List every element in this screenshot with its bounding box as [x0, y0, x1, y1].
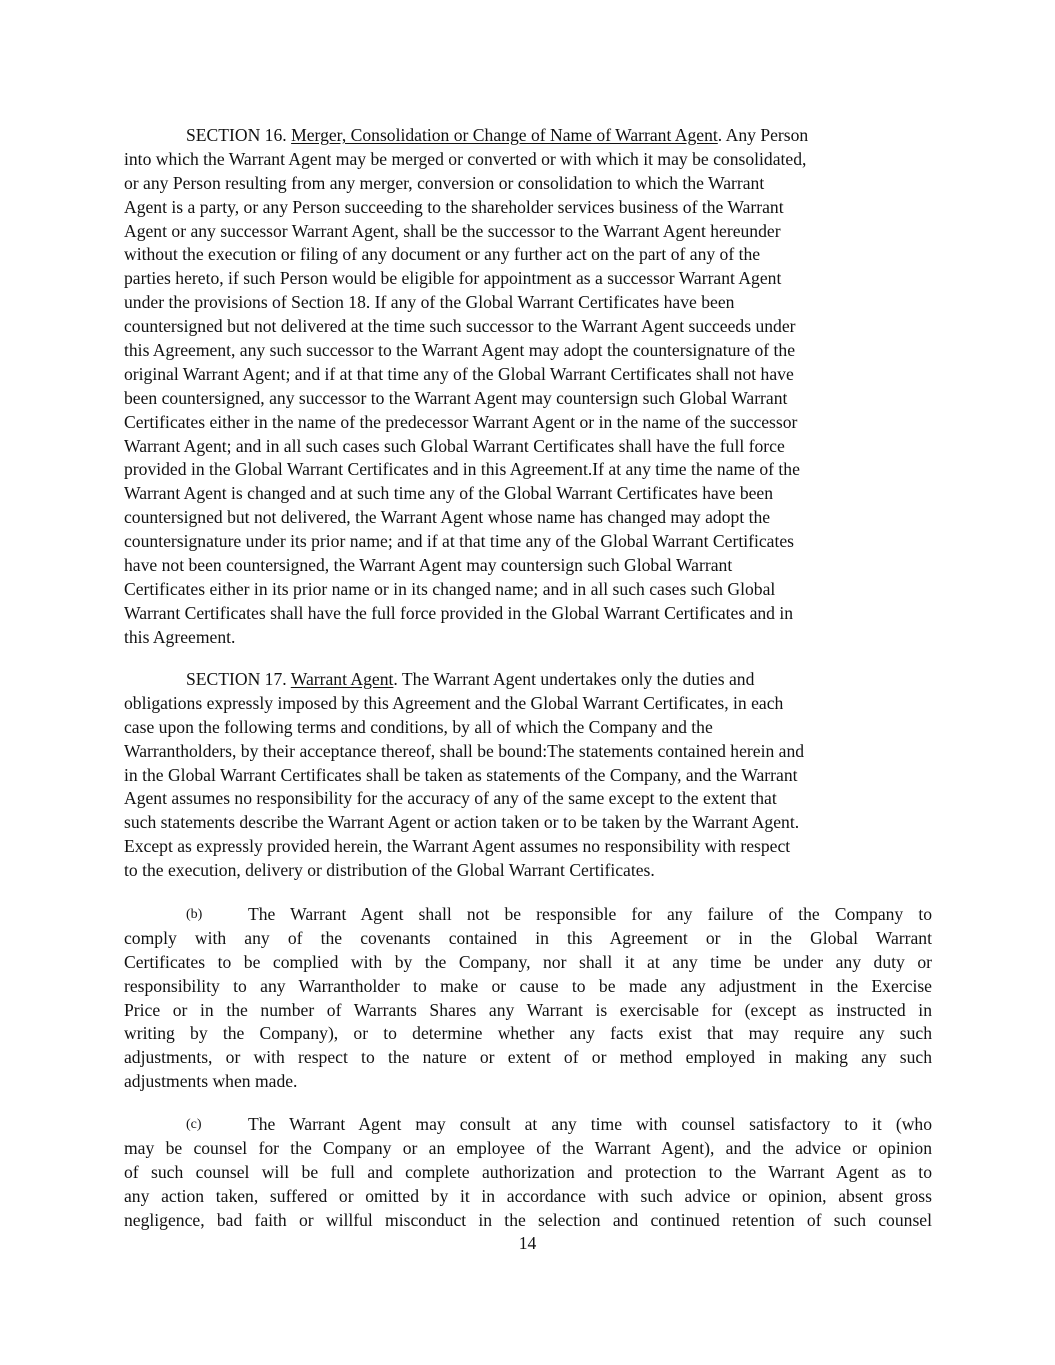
text-line: Except as expressly provided herein, the…	[124, 835, 932, 859]
section-16-heading: Merger, Consolidation or Change of Name …	[291, 125, 718, 145]
text-line: Agent assumes no responsibility for the …	[124, 787, 932, 811]
text-line: to the execution, delivery or distributi…	[124, 859, 932, 883]
text-line: Price or in the number of Warrants Share…	[124, 999, 932, 1023]
text-line: Warrant Agent is changed and at such tim…	[124, 482, 932, 506]
text-line: may be counsel for the Company or an emp…	[124, 1137, 932, 1161]
text-line: any action taken, suffered or omitted by…	[124, 1185, 932, 1209]
text-line: this Agreement, any such successor to th…	[124, 339, 932, 363]
text-line: Certificates either in its prior name or…	[124, 578, 932, 602]
text-line: under the provisions of Section 18. If a…	[124, 291, 932, 315]
text-line: Certificates to be complied with by the …	[124, 951, 932, 975]
clause-b-label: (b)	[186, 903, 248, 927]
text-line: adjustments when made.	[124, 1070, 932, 1094]
text-line: Warrantholders, by their acceptance ther…	[124, 740, 932, 764]
clause-c: (c)The Warrant Agent may consult at any …	[124, 1113, 932, 1232]
text-line: negligence, bad faith or willful miscond…	[124, 1209, 932, 1233]
text-line: been countersigned, any successor to the…	[124, 387, 932, 411]
text-line: original Warrant Agent; and if at that t…	[124, 363, 932, 387]
text-line: this Agreement.	[124, 626, 932, 650]
section-17-first-line: SECTION 17. Warrant Agent. The Warrant A…	[124, 668, 932, 692]
text-line: into which the Warrant Agent may be merg…	[124, 148, 932, 172]
text-line: of such counsel will be full and complet…	[124, 1161, 932, 1185]
text-line: parties hereto, if such Person would be …	[124, 267, 932, 291]
section-17-heading: Warrant Agent	[291, 669, 394, 689]
text-line: case upon the following terms and condit…	[124, 716, 932, 740]
section-16: SECTION 16. Merger, Consolidation or Cha…	[124, 124, 932, 650]
text-line: without the execution or filing of any d…	[124, 243, 932, 267]
text-line: responsibility to any Warrantholder to m…	[124, 975, 932, 999]
clause-c-label: (c)	[186, 1113, 248, 1137]
section-16-number: SECTION 16.	[186, 125, 291, 145]
clause-c-first-line: (c)The Warrant Agent may consult at any …	[124, 1113, 932, 1137]
text-line: countersigned but not delivered, the War…	[124, 506, 932, 530]
text-line: Agent is a party, or any Person succeedi…	[124, 196, 932, 220]
text-line: obligations expressly imposed by this Ag…	[124, 692, 932, 716]
text-line: countersigned but not delivered at the t…	[124, 315, 932, 339]
clause-b: (b)The Warrant Agent shall not be respon…	[124, 903, 932, 1094]
text-line: Warrant Certificates shall have the full…	[124, 602, 932, 626]
text-line: such statements describe the Warrant Age…	[124, 811, 932, 835]
text-line: Certificates either in the name of the p…	[124, 411, 932, 435]
section-17-number: SECTION 17.	[186, 669, 291, 689]
text-line: comply with any of the covenants contain…	[124, 927, 932, 951]
text-line: or any Person resulting from any merger,…	[124, 172, 932, 196]
text-line: Warrant Agent; and in all such cases suc…	[124, 435, 932, 459]
text-line: countersignature under its prior name; a…	[124, 530, 932, 554]
text-line: Agent or any successor Warrant Agent, sh…	[124, 220, 932, 244]
section-17: SECTION 17. Warrant Agent. The Warrant A…	[124, 668, 932, 883]
clause-b-first-line: (b)The Warrant Agent shall not be respon…	[124, 903, 932, 927]
text-line: adjustments, or with respect to the natu…	[124, 1046, 932, 1070]
text-line: have not been countersigned, the Warrant…	[124, 554, 932, 578]
text-line: provided in the Global Warrant Certifica…	[124, 458, 932, 482]
page-number: 14	[0, 1233, 1055, 1254]
text-line: writing by the Company), or to determine…	[124, 1022, 932, 1046]
section-16-first-line: SECTION 16. Merger, Consolidation or Cha…	[124, 124, 932, 148]
text-line: in the Global Warrant Certificates shall…	[124, 764, 932, 788]
document-page: SECTION 16. Merger, Consolidation or Cha…	[0, 0, 1055, 1365]
